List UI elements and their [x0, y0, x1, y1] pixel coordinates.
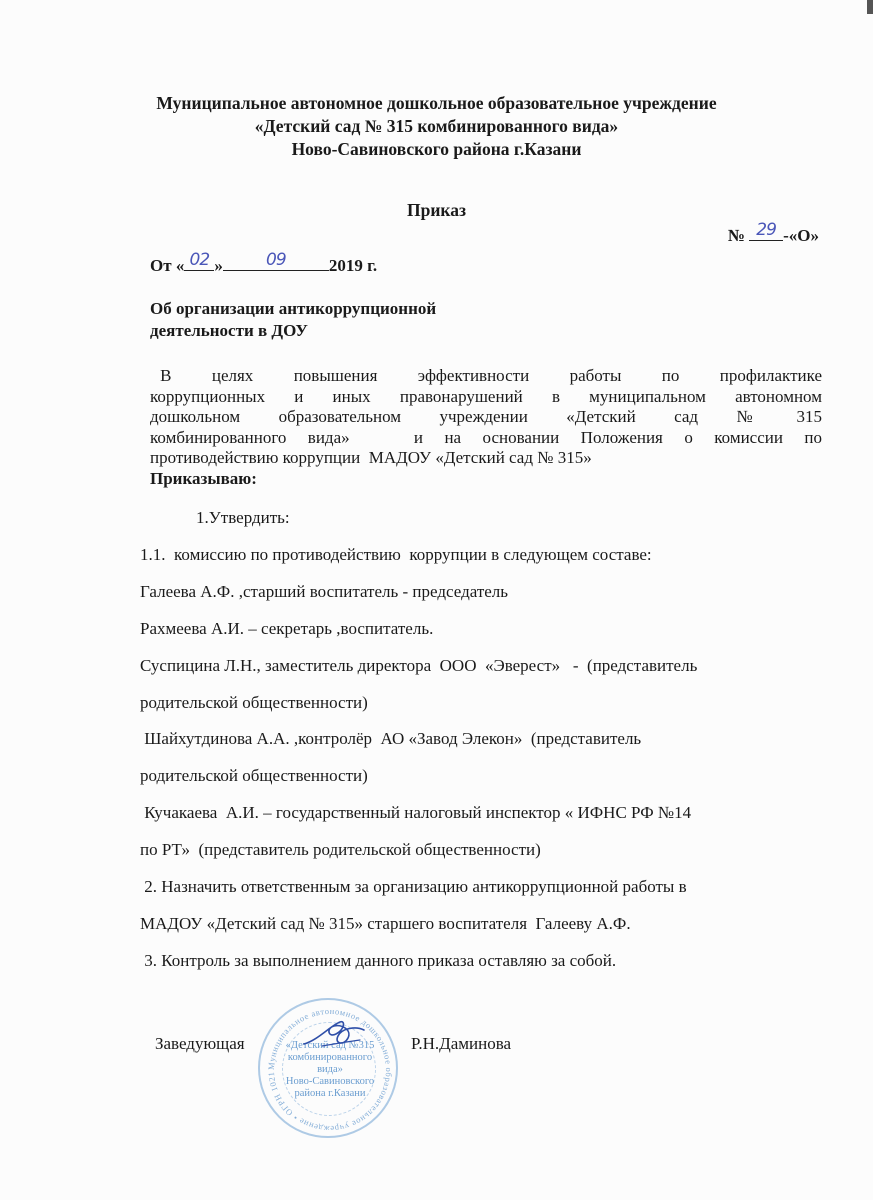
preamble-line: коррупционных и иных правонарушений в му…: [150, 387, 822, 408]
member-secretary: Рахмеева А.И. – секретарь ,воспитатель.: [140, 619, 433, 639]
day-blank: 02: [184, 252, 214, 271]
date-prefix: От «: [150, 256, 184, 275]
preamble-paragraph: В целях повышения эффективности работы п…: [150, 366, 822, 469]
handwritten-number: 29: [749, 220, 783, 240]
order-number: № 29 -«О»: [728, 222, 819, 246]
member-chair: Галеева А.Ф. ,старший воспитатель - пред…: [140, 582, 508, 602]
item-control: 3. Контроль за выполнением данного прика…: [140, 951, 616, 971]
number-suffix: -«О»: [783, 226, 819, 245]
order-word: Приказываю:: [150, 469, 257, 489]
preamble-line: комбинированного вида» и на основании По…: [150, 428, 822, 449]
member-kuchakaeva: Кучакаева А.И. – государственный налогов…: [140, 803, 691, 823]
document-page: Муниципальное автономное дошкольное обра…: [0, 0, 873, 1200]
preamble-line: противодействию коррупции МАДОУ «Детский…: [150, 448, 822, 469]
member-suspitsina: Суспицина Л.Н., заместитель директора ОО…: [140, 656, 697, 676]
subject-line: Об организации антикоррупционной: [150, 298, 436, 320]
signature-icon: [300, 1016, 370, 1052]
stamp-line: района г.Казани: [285, 1088, 375, 1100]
scan-corner-mark: [867, 0, 873, 14]
month-blank: 09: [223, 252, 329, 271]
item-commission: 1.1. комиссию по противодействию коррупц…: [140, 545, 652, 565]
item-assign-responsible: 2. Назначить ответственным за организаци…: [140, 877, 687, 897]
header-line: Ново-Савиновского района г.Казани: [0, 138, 873, 161]
institution-header: Муниципальное автономное дошкольное обра…: [0, 92, 873, 161]
date-mid: »: [214, 256, 223, 275]
number-blank: 29: [749, 222, 783, 241]
number-prefix: №: [728, 226, 745, 245]
header-line: «Детский сад № 315 комбинированного вида…: [0, 115, 873, 138]
handwritten-day: 02: [184, 250, 214, 270]
handwritten-month: 09: [223, 250, 329, 270]
item-approve: 1.Утвердить:: [196, 508, 290, 528]
preamble-line: дошкольном образовательном учреждении «Д…: [150, 407, 822, 428]
signature-role: Заведующая: [155, 1034, 245, 1054]
order-subject: Об организации антикоррупционной деятель…: [150, 298, 436, 342]
date-year: 2019 г.: [329, 256, 377, 275]
member-kuchakaeva-cont: по РТ» (представитель родительской общес…: [140, 840, 541, 860]
member-shaikhutdinova-cont: родительской общественности): [140, 766, 368, 786]
member-suspitsina-cont: родительской общественности): [140, 693, 368, 713]
order-title: Приказ: [0, 200, 873, 221]
preamble-line: В целях повышения эффективности работы п…: [150, 366, 822, 387]
stamp-line: комбинированного: [285, 1052, 375, 1064]
member-shaikhutdinova: Шайхутдинова А.А. ,контролёр АО «Завод Э…: [140, 729, 641, 749]
header-line: Муниципальное автономное дошкольное обра…: [0, 92, 873, 115]
stamp-line: Ново-Савиновского: [285, 1076, 375, 1088]
signature-name: Р.Н.Даминова: [411, 1034, 511, 1054]
subject-line: деятельности в ДОУ: [150, 320, 436, 342]
order-date: От «02»092019 г.: [150, 252, 377, 276]
stamp-line: вида»: [285, 1064, 375, 1076]
item-assign-responsible-cont: МАДОУ «Детский сад № 315» старшего воспи…: [140, 914, 631, 934]
